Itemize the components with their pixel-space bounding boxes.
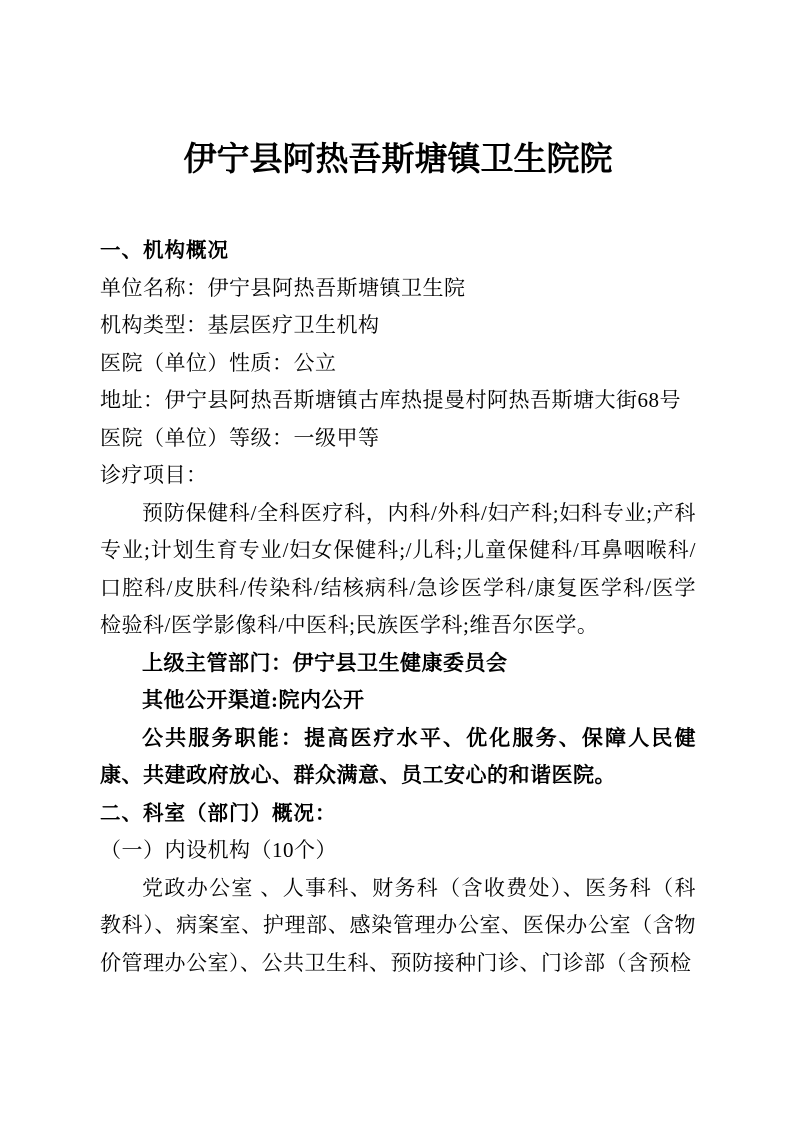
section1-heading: 一、机构概况 (100, 232, 696, 270)
field-treatment-projects-label: 诊疗项目： (100, 457, 696, 495)
public-service-paragraph: 公共服务职能：提高医疗水平、优化服务、保障人民健康、共建政府放心、群众满意、员工… (100, 720, 696, 795)
document-title: 伊宁县阿热吾斯塘镇卫生院院 (100, 138, 696, 182)
supervisor-department-line: 上级主管部门：伊宁县卫生健康委员会 (100, 645, 696, 683)
field-unit-name: 单位名称：伊宁县阿热吾斯塘镇卫生院 (100, 270, 696, 308)
treatment-items-paragraph: 预防保健科/全科医疗科，内科/外科/妇产科;妇科专业;产科专业;计划生育专业/妇… (100, 495, 696, 645)
section2-subheading: （一）内设机构（10个） (100, 832, 696, 870)
field-address: 地址：伊宁县阿热吾斯塘镇古库热提曼村阿热吾斯塘大街68号 (100, 382, 696, 420)
other-disclosure-channels-line: 其他公开渠道:院内公开 (100, 682, 696, 720)
departments-paragraph: 党政办公室 、人事科、财务科（含收费处）、医务科（科教科）、病案室、护理部、感染… (100, 870, 696, 983)
field-institution-type: 机构类型：基层医疗卫生机构 (100, 307, 696, 345)
document-page: 伊宁县阿热吾斯塘镇卫生院院 一、机构概况 单位名称：伊宁县阿热吾斯塘镇卫生院 机… (0, 0, 793, 1122)
section2-heading: 二、科室（部门）概况： (100, 795, 696, 833)
field-hospital-nature: 医院（单位）性质：公立 (100, 345, 696, 383)
field-hospital-grade: 医院（单位）等级：一级甲等 (100, 420, 696, 458)
